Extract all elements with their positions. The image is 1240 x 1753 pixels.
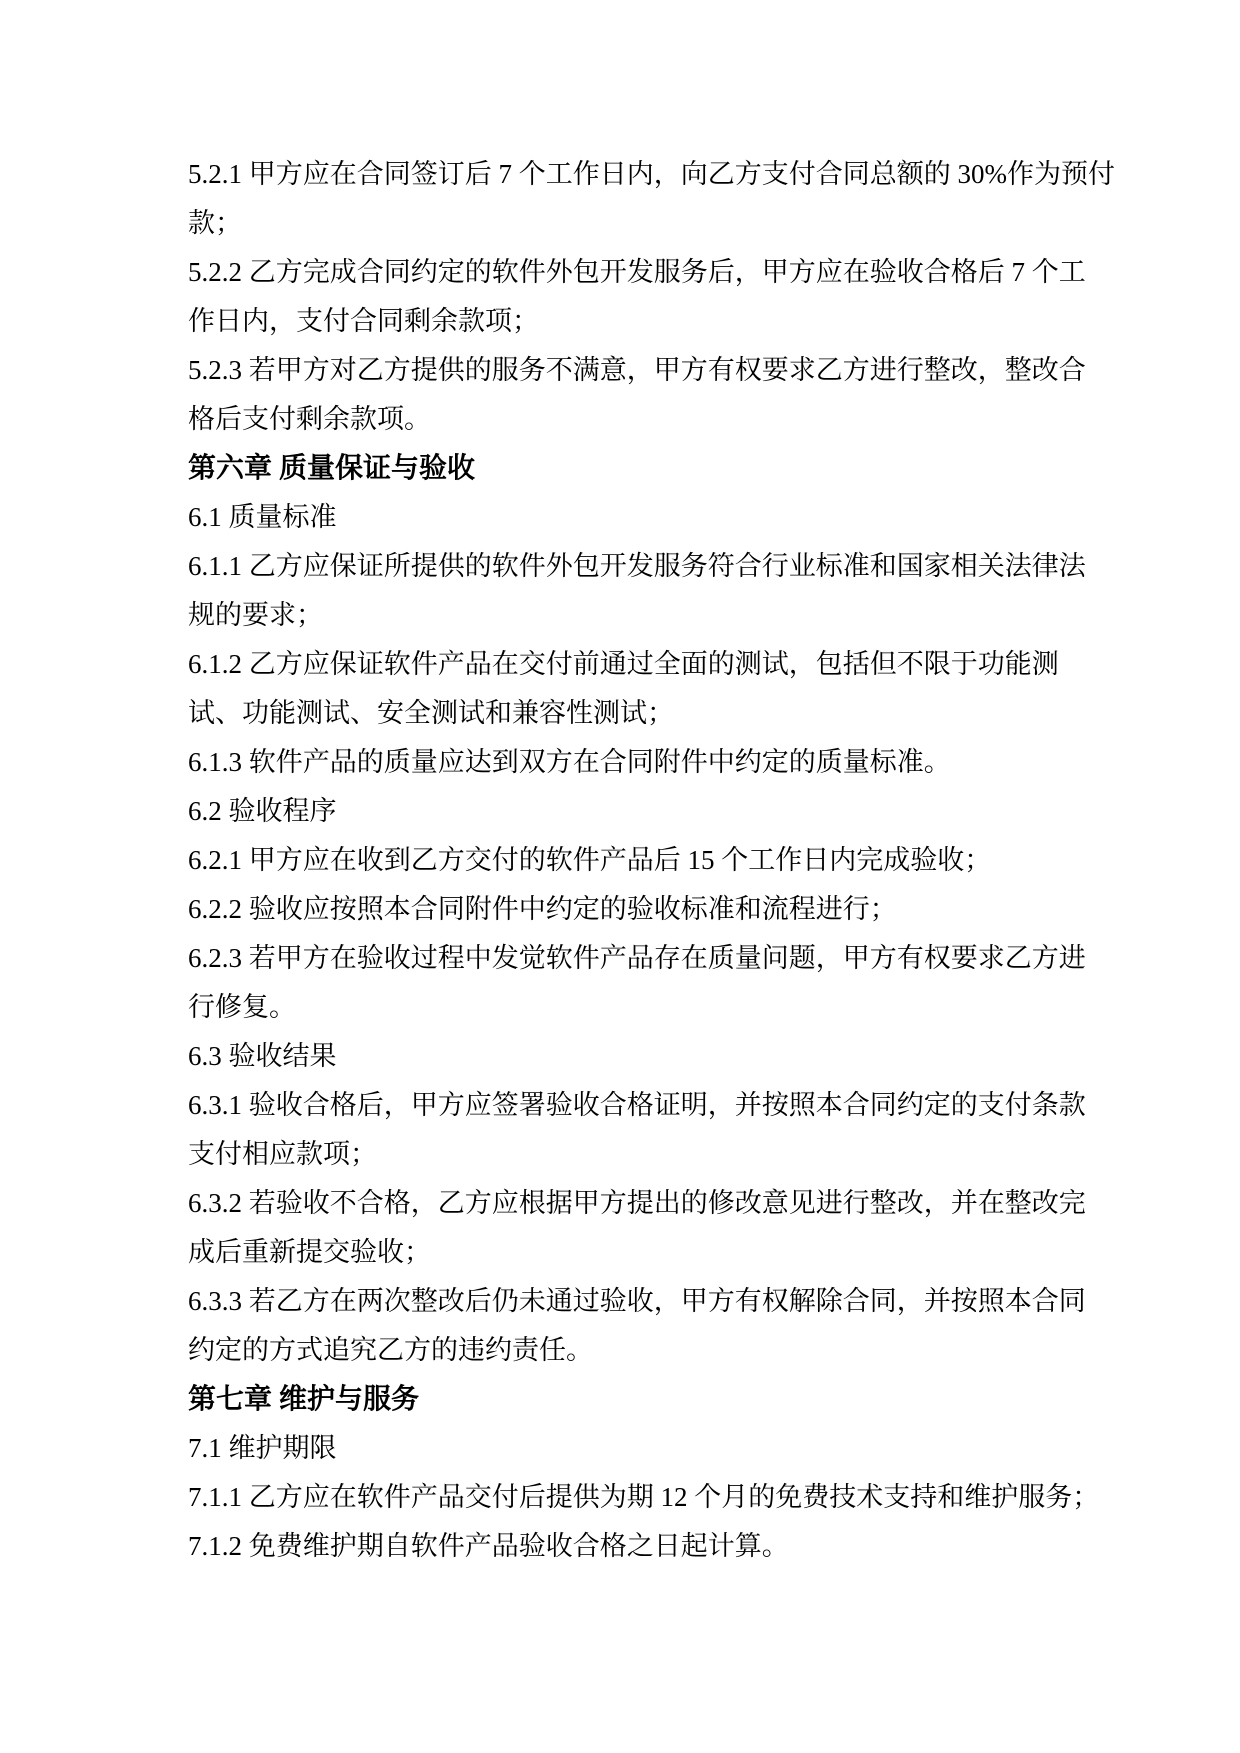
clause-line: 行修复。	[188, 983, 1083, 1032]
clause-line: 6.2 验收程序	[188, 787, 1083, 836]
clause-line: 6.3.1 验收合格后，甲方应签署验收合格证明，并按照本合同约定的支付条款	[188, 1081, 1083, 1130]
clause-line: 6.1.3 软件产品的质量应达到双方在合同附件中约定的质量标准。	[188, 738, 1083, 787]
clause-line: 5.2.1 甲方应在合同签订后 7 个工作日内，向乙方支付合同总额的 30%作为…	[188, 150, 1083, 199]
clause-line: 6.1 质量标准	[188, 493, 1083, 542]
document-page: 5.2.1 甲方应在合同签订后 7 个工作日内，向乙方支付合同总额的 30%作为…	[0, 0, 1240, 1753]
clause-line: 规的要求；	[188, 591, 1083, 640]
clause-line: 试、功能测试、安全测试和兼容性测试；	[188, 689, 1083, 738]
clause-line: 5.2.2 乙方完成合同约定的软件外包开发服务后，甲方应在验收合格后 7 个工	[188, 248, 1083, 297]
document-body: 5.2.1 甲方应在合同签订后 7 个工作日内，向乙方支付合同总额的 30%作为…	[188, 150, 1083, 1571]
clause-line: 作日内，支付合同剩余款项；	[188, 297, 1083, 346]
clause-line: 6.2.2 验收应按照本合同附件中约定的验收标准和流程进行；	[188, 885, 1083, 934]
clause-line: 6.3.3 若乙方在两次整改后仍未通过验收，甲方有权解除合同，并按照本合同	[188, 1277, 1083, 1326]
clause-line: 6.2.3 若甲方在验收过程中发觉软件产品存在质量问题，甲方有权要求乙方进	[188, 934, 1083, 983]
clause-line: 格后支付剩余款项。	[188, 395, 1083, 444]
clause-line: 支付相应款项；	[188, 1130, 1083, 1179]
clause-line: 6.2.1 甲方应在收到乙方交付的软件产品后 15 个工作日内完成验收；	[188, 836, 1083, 885]
chapter-heading: 第六章 质量保证与验收	[188, 444, 1083, 493]
clause-line: 6.1.2 乙方应保证软件产品在交付前通过全面的测试，包括但不限于功能测	[188, 640, 1083, 689]
clause-line: 6.3.2 若验收不合格，乙方应根据甲方提出的修改意见进行整改，并在整改完	[188, 1179, 1083, 1228]
clause-line: 7.1.1 乙方应在软件产品交付后提供为期 12 个月的免费技术支持和维护服务；	[188, 1473, 1083, 1522]
clause-line: 约定的方式追究乙方的违约责任。	[188, 1326, 1083, 1375]
clause-line: 6.1.1 乙方应保证所提供的软件外包开发服务符合行业标准和国家相关法律法	[188, 542, 1083, 591]
clause-line: 5.2.3 若甲方对乙方提供的服务不满意，甲方有权要求乙方进行整改，整改合	[188, 346, 1083, 395]
clause-line: 成后重新提交验收；	[188, 1228, 1083, 1277]
clause-line: 7.1 维护期限	[188, 1424, 1083, 1473]
clause-line: 6.3 验收结果	[188, 1032, 1083, 1081]
clause-line: 7.1.2 免费维护期自软件产品验收合格之日起计算。	[188, 1522, 1083, 1571]
chapter-heading: 第七章 维护与服务	[188, 1375, 1083, 1424]
clause-line: 款；	[188, 199, 1083, 248]
